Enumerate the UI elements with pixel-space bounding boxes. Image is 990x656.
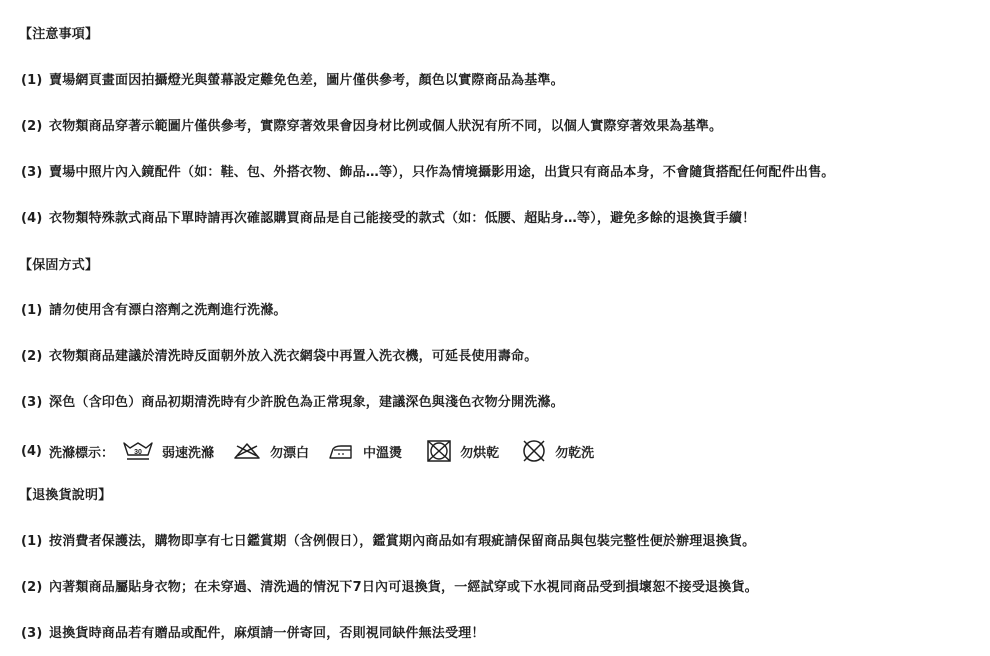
item-number: (3): [21, 625, 49, 643]
care-label-no-tumble-dry: 勿烘乾: [426, 439, 499, 463]
svg-text:30: 30: [134, 449, 142, 456]
item-number: (1): [21, 72, 49, 90]
care-labels-title: 洗滌標示：: [49, 442, 114, 461]
item-number: (2): [21, 579, 49, 597]
returns-item-3: (3)退換貨時商品若有贈品或配件，麻煩請一併寄回，否則視同缺件無法受理！: [21, 625, 485, 643]
section-heading-returns: 【退換貨說明】: [19, 487, 111, 505]
item-text: 衣物類商品穿著示範圖片僅供參考，實際穿著效果會因身材比例或個人狀況有所不同，以個…: [49, 119, 722, 134]
item-text: 衣物類商品建議於清洗時反面朝外放入洗衣網袋中再置入洗衣機，可延長使用壽命。: [49, 349, 537, 364]
item-number: (1): [21, 302, 49, 320]
item-number: (2): [21, 118, 49, 136]
notice-item-1: (1)賣場網頁畫面因拍攝燈光與螢幕設定難免色差，圖片僅供參考，顏色以實際商品為基…: [21, 72, 564, 90]
care-labels-row: (4) 洗滌標示： 30 弱速洗滌 勿漂白 中溫燙: [21, 440, 612, 462]
care-item-3: (3)深色（含印色）商品初期清洗時有少許脫色為正常現象，建議深色與淺色衣物分開洗…: [21, 394, 564, 412]
returns-item-2: (2)內著類商品屬貼身衣物；在未穿過、清洗過的情況下7日內可退換貨，一經試穿或下…: [21, 579, 758, 597]
care-label-text: 弱速洗滌: [162, 442, 214, 461]
item-text: 請勿使用含有漂白溶劑之洗劑進行洗滌。: [49, 303, 287, 318]
care-label-text: 勿漂白: [270, 442, 309, 461]
care-label-no-bleach: 勿漂白: [232, 441, 309, 461]
notice-item-2: (2)衣物類商品穿著示範圖片僅供參考，實際穿著效果會因身材比例或個人狀況有所不同…: [21, 118, 722, 136]
item-number: (1): [21, 533, 49, 551]
notice-item-4: (4)衣物類特殊款式商品下單時請再次確認購買商品是自己能接受的款式（如：低腰、超…: [21, 210, 755, 228]
item-number: (3): [21, 164, 49, 182]
returns-item-1: (1)按消費者保護法，購物即享有七日鑑賞期（含例假日），鑑賞期內商品如有瑕疵請保…: [21, 533, 755, 551]
item-number: (4): [21, 210, 49, 228]
do-not-dry-clean-icon: [521, 438, 547, 464]
care-label-gentle-wash: 30 弱速洗滌: [122, 440, 214, 462]
item-number: (2): [21, 348, 49, 366]
item-text: 內著類商品屬貼身衣物；在未穿過、清洗過的情況下7日內可退換貨，一經試穿或下水視同…: [49, 580, 758, 595]
care-item-2: (2)衣物類商品建議於清洗時反面朝外放入洗衣網袋中再置入洗衣機，可延長使用壽命。: [21, 348, 537, 366]
item-text: 賣場中照片內入鏡配件（如：鞋、包、外搭衣物、飾品…等），只作為情境攝影用途，出貨…: [49, 165, 835, 180]
item-number: (4): [21, 444, 49, 459]
do-not-tumble-dry-icon: [426, 439, 452, 463]
do-not-bleach-icon: [232, 441, 262, 461]
care-label-text: 中溫燙: [363, 442, 402, 461]
item-text: 深色（含印色）商品初期清洗時有少許脫色為正常現象，建議深色與淺色衣物分開洗滌。: [49, 395, 564, 410]
care-label-text: 勿烘乾: [460, 442, 499, 461]
item-text: 退換貨時商品若有贈品或配件，麻煩請一併寄回，否則視同缺件無法受理！: [49, 626, 485, 641]
care-label-iron-medium: 中溫燙: [327, 441, 402, 461]
care-item-1: (1)請勿使用含有漂白溶劑之洗劑進行洗滌。: [21, 302, 287, 320]
iron-medium-icon: [327, 441, 355, 461]
item-text: 賣場網頁畫面因拍攝燈光與螢幕設定難免色差，圖片僅供參考，顏色以實際商品為基準。: [49, 73, 564, 88]
section-heading-notice: 【注意事項】: [19, 26, 98, 44]
item-text: 按消費者保護法，購物即享有七日鑑賞期（含例假日），鑑賞期內商品如有瑕疵請保留商品…: [49, 534, 755, 549]
section-heading-care: 【保固方式】: [19, 257, 98, 275]
gentle-wash-30-icon: 30: [122, 440, 154, 462]
care-label-no-dry-clean: 勿乾洗: [521, 438, 594, 464]
notice-item-3: (3)賣場中照片內入鏡配件（如：鞋、包、外搭衣物、飾品…等），只作為情境攝影用途…: [21, 164, 835, 182]
item-text: 衣物類特殊款式商品下單時請再次確認購買商品是自己能接受的款式（如：低腰、超貼身……: [49, 211, 755, 226]
item-number: (3): [21, 394, 49, 412]
care-label-text: 勿乾洗: [555, 442, 594, 461]
